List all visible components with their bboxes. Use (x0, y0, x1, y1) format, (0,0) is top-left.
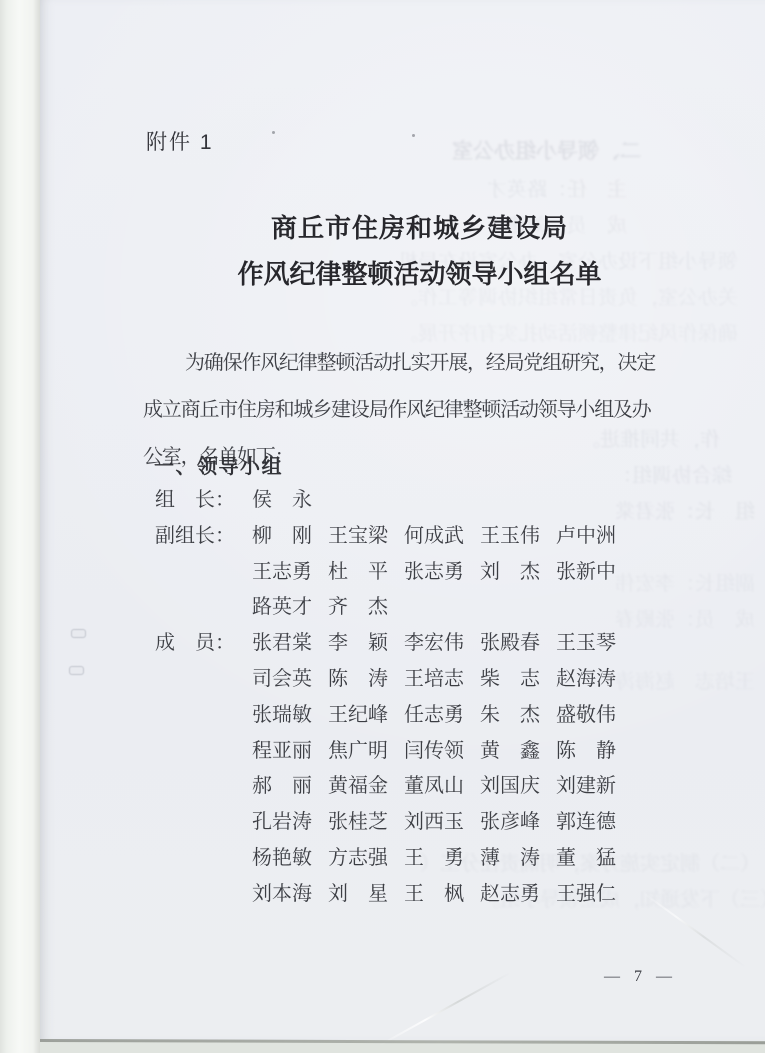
roster-name: 刘 星 (328, 877, 388, 906)
roster-name: 朱 杰 (480, 698, 540, 727)
roster-name: 程亚丽 (252, 734, 312, 763)
scanned-document-page: 附件 1 商丘市住房和城乡建设局 作风纪律整顿活动领导小组名单 为确保作风纪律整… (0, 0, 765, 1053)
roster-name: 刘本海 (252, 877, 312, 906)
roster-name: 刘国庆 (480, 769, 540, 798)
roster-name: 王玉伟 (480, 519, 540, 548)
roster-name: 柴 志 (480, 662, 540, 691)
bleed-through-text: 王培志 赵海涛 (615, 665, 755, 694)
roster-name: 侯 永 (252, 483, 312, 512)
roster-name: 杨艳敏 (252, 841, 312, 870)
bleed-through-text: 成 员：刘建新 (487, 209, 627, 238)
roster-name: 王玉琴 (556, 626, 616, 655)
roster-name: 任志勇 (404, 698, 464, 727)
roster-name: 董凤山 (404, 769, 464, 798)
roster-name: 张桂芝 (328, 805, 388, 834)
roster-name: 何成武 (404, 519, 464, 548)
bleed-through-text: 综合协调组： (612, 459, 732, 488)
roster-name: 刘西玉 (404, 805, 464, 834)
bleed-through-text: 确保作风纪律整顿活动扎实有序开展。 (398, 317, 738, 346)
roster-name: 王培志 (404, 662, 464, 691)
page-number: — 7 — (604, 968, 677, 986)
roster-name: 张志勇 (404, 555, 464, 584)
roster-name: 张君棠 (252, 626, 312, 655)
roster-name: 杜 平 (328, 555, 388, 584)
roster-name: 刘 杰 (480, 555, 540, 584)
dust-speck (272, 131, 275, 134)
roster-name: 王 枫 (404, 877, 464, 906)
dust-speck (412, 134, 415, 137)
bleed-through-text: 组 长：张君棠 (615, 495, 755, 524)
roster-name: 陈 静 (556, 734, 616, 763)
roster-name: 张新中 (556, 555, 616, 584)
roster-row: 程亚丽焦广明闫传领黄 鑫陈 静 (40, 734, 765, 758)
roster-name: 柳 刚 (252, 519, 312, 548)
document-title-line1: 商丘市住房和城乡建设局 (57, 208, 765, 245)
roster-name: 闫传领 (404, 734, 464, 763)
bleed-through-text: 主 任：路英才 (487, 173, 627, 202)
attachment-label: 附件 1 (146, 126, 214, 156)
intro-paragraph-line-1: 为确保作风纪律整顿活动扎实开展，经局党组研究，决定 (185, 346, 655, 375)
roster-name: 张瑞敏 (252, 698, 312, 727)
roster-name: 黄福金 (328, 769, 388, 798)
scan-left-margin (0, 0, 40, 1053)
roster-name: 王志勇 (252, 555, 312, 584)
binder-hole-mark (71, 629, 86, 638)
roster-name: 郭连德 (556, 805, 616, 834)
section-heading: 一、领导小组 (154, 450, 283, 479)
roster-name: 李 颖 (328, 626, 388, 655)
roster-name: 张彦峰 (480, 805, 540, 834)
roster-name: 路英才 (252, 590, 312, 619)
intro-paragraph-line-2: 成立商丘市住房和城乡建设局作风纪律整顿活动领导小组及办 (143, 393, 651, 422)
roster-role-label: 组 长： (155, 483, 235, 512)
bleed-through-text: （三）下发通知，成立领导小组。 (480, 883, 765, 912)
roster-name: 张殿春 (480, 626, 540, 655)
bleed-through-text: 领导小组下设办公室，办公室设在局机 (398, 245, 738, 274)
roster-name: 司会英 (252, 662, 312, 691)
bleed-through-text: 作，共同推进。 (580, 423, 720, 452)
roster-name: 盛敬伟 (556, 698, 616, 727)
roster-name: 郝 丽 (252, 769, 312, 798)
roster-name: 齐 杰 (328, 590, 388, 619)
roster-name: 李宏伟 (404, 626, 464, 655)
roster-name: 赵海涛 (556, 662, 616, 691)
document-paper: 附件 1 商丘市住房和城乡建设局 作风纪律整顿活动领导小组名单 为确保作风纪律整… (40, 0, 765, 1041)
roster-name: 卢中洲 (556, 519, 616, 548)
bleed-through-text: 关办公室，负责日常组织协调等工作。 (398, 281, 738, 310)
bleed-through-text: 二、领导小组办公室 (452, 135, 641, 165)
roster-name: 刘建新 (556, 769, 616, 798)
roster-role-label: 副组长： (155, 519, 235, 548)
roster-name: 方志强 (328, 841, 388, 870)
roster-name: 陈 涛 (328, 662, 388, 691)
roster-name: 黄 鑫 (480, 734, 540, 763)
roster-name: 王纪峰 (328, 698, 388, 727)
bleed-through-text: 成 员：张殿春 (615, 603, 755, 632)
roster-row: 张瑞敏王纪峰任志勇朱 杰盛敬伟 (40, 698, 765, 722)
roster-name: 王宝梁 (328, 519, 388, 548)
roster-row: 郝 丽黄福金董凤山刘国庆刘建新 (40, 769, 765, 793)
bleed-through-text: 副组长：李宏伟 (615, 567, 755, 596)
bleed-through-text: （二）制定实施方案，明确责任分工（ (420, 847, 760, 876)
roster-name: 孔岩涛 (252, 805, 312, 834)
roster-role-label: 成 员： (155, 626, 235, 655)
paper-crease (379, 972, 511, 1046)
binder-hole-mark (69, 666, 84, 675)
roster-name: 焦广明 (328, 734, 388, 763)
roster-row: 孔岩涛张桂芝刘西玉张彦峰郭连德 (40, 805, 765, 829)
